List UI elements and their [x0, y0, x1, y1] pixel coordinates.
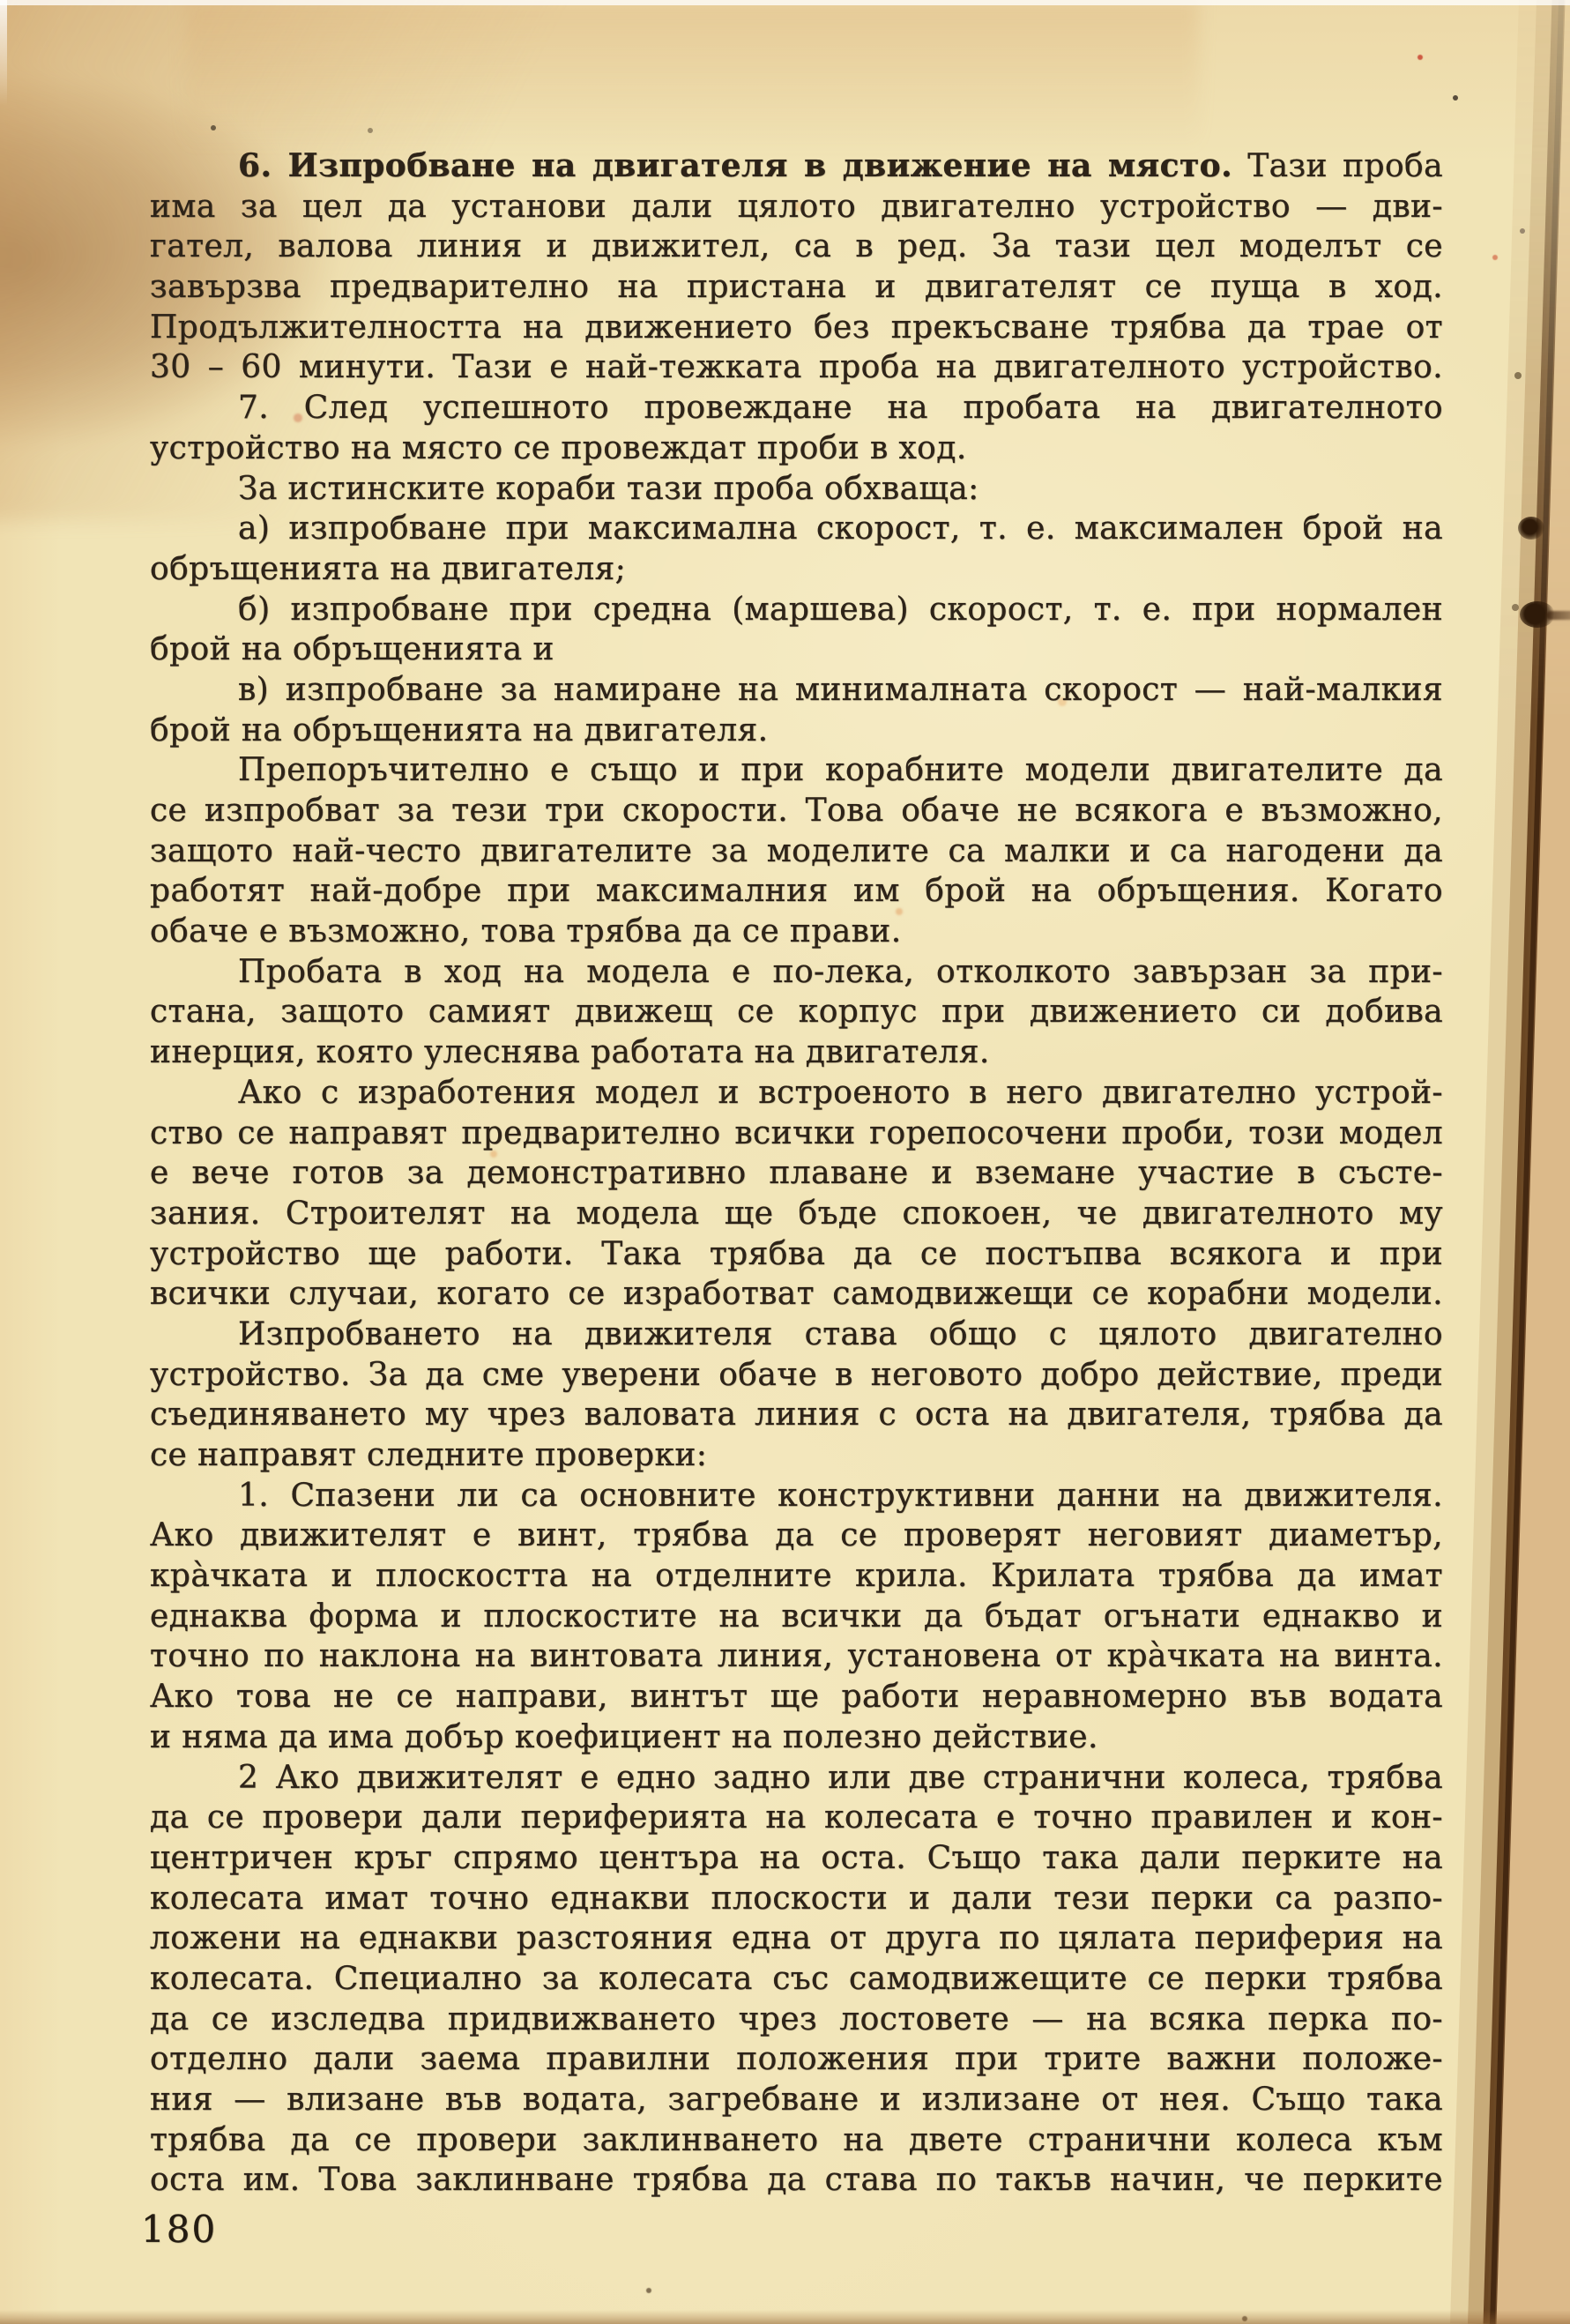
text-line: е вече готов за демонстративно плаване и… — [150, 1153, 1443, 1194]
text-line: работят най-добре при максималния им бро… — [150, 871, 1443, 912]
text-line: Продължителността на движението без прек… — [150, 308, 1443, 348]
text-segment: зания. Строителят на модела ще бъде спок… — [150, 1196, 1443, 1232]
text-line: обръщенията на двигателя; — [150, 549, 1443, 590]
text-segment: Тази проба — [1232, 148, 1443, 184]
text-line: Изпробването на движителя става общо с ц… — [150, 1315, 1443, 1355]
text-segment: се изпробват за тези три скорости. Това … — [150, 793, 1443, 829]
text-line: еднаква форма и плоскостите на всички да… — [150, 1597, 1443, 1637]
text-segment: 2 Ако движителят е едно задно или две ст… — [238, 1760, 1443, 1796]
text-line: ния — влизане във водата, загребване и и… — [150, 2080, 1443, 2120]
text-line: зания. Строителят на модела ще бъде спок… — [150, 1194, 1443, 1234]
text-line: Ако това не се направи, винтът ще работи… — [150, 1677, 1443, 1717]
text-segment: Ако това не се направи, винтът ще работи… — [150, 1679, 1443, 1715]
text-segment: гател, валова линия и движител, са в ред… — [150, 228, 1443, 264]
text-line: центричен кръг спрямо центъра на оста. С… — [150, 1838, 1443, 1879]
text-line: колесата имат точно еднакви плоскости и … — [150, 1879, 1443, 1919]
text-segment: Изпробването на движителя става общо с ц… — [238, 1316, 1443, 1352]
text-segment: стана, защото самият движещ се корпус пр… — [150, 994, 1443, 1030]
text-segment: точно по наклона на винтовата линия, уст… — [150, 1638, 1443, 1674]
scan-edge-top — [0, 0, 1570, 5]
text-line: защото най-често двигателите за моделите… — [150, 831, 1443, 872]
text-line: Препоръчително е също и при корабните мо… — [150, 750, 1443, 791]
wormhole-lower — [1520, 601, 1555, 628]
wormhole-upper — [1518, 517, 1544, 540]
text-segment: обръщенията на двигателя; — [150, 551, 626, 587]
text-segment: 30 – 60 минути. Тази е най-тежката проба… — [150, 349, 1443, 385]
text-segment: ство се направят предварително всички го… — [150, 1115, 1443, 1151]
text-line: има за цел да установи дали цялото двига… — [150, 187, 1443, 227]
page-number: 180 — [141, 2208, 217, 2251]
text-line: в) изпробване за намиране на минималната… — [150, 670, 1443, 711]
text-line: б) изпробване при средна (маршева) скоро… — [150, 590, 1443, 630]
text-line: устройство на място се провеждат проби в… — [150, 428, 1443, 469]
text-line: колесата. Специално за колесата със само… — [150, 1959, 1443, 2000]
text-segment: ния — влизане във водата, загребване и и… — [150, 2082, 1443, 2118]
text-line: ство се направят предварително всички го… — [150, 1114, 1443, 1154]
page-bottom-edge-shadow — [0, 2310, 1570, 2324]
text-line: 7. След успешното провеждане на пробата … — [150, 388, 1443, 428]
text-line: гател, валова линия и движител, са в ред… — [150, 227, 1443, 267]
text-line: Пробата в ход на модела е по-лека, откол… — [150, 952, 1443, 993]
text-segment: колесата. Специално за колесата със само… — [150, 1961, 1443, 1997]
text-segment: да се провери дали периферията на колеса… — [150, 1799, 1443, 1836]
text-segment: работят най-добре при максималния им бро… — [150, 873, 1443, 909]
text-line: всички случаи, когато се изработват само… — [150, 1274, 1443, 1315]
text-line: 2 Ако движителят е едно задно или две ст… — [150, 1758, 1443, 1799]
text-segment: 1. Спазени ли са основните конструктивни… — [238, 1478, 1443, 1514]
text-line: устройство ще работи. Така трябва да се … — [150, 1234, 1443, 1275]
text-line: брой на обръщенията и — [150, 629, 1443, 670]
text-line: трябва да се провери заклинването на две… — [150, 2120, 1443, 2161]
text-segment: Ако движителят е винт, трябва да се пров… — [150, 1517, 1443, 1553]
text-line: 6. Изпробване на двигателя в движение на… — [150, 146, 1443, 187]
text-segment: Препоръчително е също и при корабните мо… — [238, 752, 1443, 788]
text-segment: обаче е възможно, това трябва да се прав… — [150, 913, 902, 950]
text-segment: трябва да се провери заклинването на две… — [150, 2122, 1443, 2158]
text-line: се изпробват за тези три скорости. Това … — [150, 791, 1443, 831]
text-line: а) изпробване при максимална скорост, т.… — [150, 509, 1443, 549]
text-segment: б) изпробване при средна (маршева) скоро… — [238, 592, 1443, 628]
text-line: 30 – 60 минути. Тази е най-тежката проба… — [150, 347, 1443, 388]
text-segment: еднаква форма и плоскостите на всички да… — [150, 1598, 1443, 1635]
text-segment: има за цел да установи дали цялото двига… — [150, 189, 1443, 225]
text-line: брой на обръщенията на двигателя. — [150, 711, 1443, 751]
text-segment: защото най-често двигателите за моделите… — [150, 833, 1443, 869]
text-segment: съединяването му чрез валовата линия с о… — [150, 1397, 1443, 1433]
text-line: устройство. За да сме уверени обаче в не… — [150, 1355, 1443, 1396]
text-segment: устройство на място се провеждат проби в… — [150, 430, 967, 466]
text-segment: кра̀чката и плоскостта на отделните крил… — [150, 1558, 1443, 1594]
text-segment: оста им. Това заклинване трябва да става… — [150, 2162, 1443, 2198]
text-segment: е вече готов за демонстративно плаване и… — [150, 1155, 1443, 1191]
text-line: За истинските кораби тази проба обхваща: — [150, 469, 1443, 510]
text-segment: Пробата в ход на модела е по-лека, откол… — [238, 954, 1443, 990]
text-line: съединяването му чрез валовата линия с о… — [150, 1395, 1443, 1435]
text-segment: завързва предварително на пристана и дви… — [150, 269, 1443, 305]
text-line: точно по наклона на винтовата линия, уст… — [150, 1636, 1443, 1677]
text-line: Ако с изработения модел и встроеното в н… — [150, 1073, 1443, 1114]
text-segment: колесата имат точно еднакви плоскости и … — [150, 1881, 1443, 1917]
text-segment: брой на обръщенията и — [150, 631, 554, 667]
text-segment: брой на обръщенията на двигателя. — [150, 712, 768, 749]
text-segment: а) изпробване при максимална скорост, т.… — [238, 510, 1443, 547]
text-line: 1. Спазени ли са основните конструктивни… — [150, 1476, 1443, 1516]
text-segment: в) изпробване за намиране на минималната… — [238, 672, 1443, 708]
text-line: оста им. Това заклинване трябва да става… — [150, 2160, 1443, 2201]
text-segment: и няма да има добър коефициент на полезн… — [150, 1719, 1098, 1755]
text-line: кра̀чката и плоскостта на отделните крил… — [150, 1556, 1443, 1597]
text-line: да се изследва придвижването чрез лостов… — [150, 2000, 1443, 2040]
bold-lead-phrase: 6. Изпробване на двигателя в движение на… — [238, 147, 1232, 184]
text-segment: Продължителността на движението без прек… — [150, 309, 1443, 346]
scanned-book-page: { "colors": { "paper": "#f1e4b6", "ink":… — [0, 0, 1570, 2324]
text-segment: центричен кръг спрямо центъра на оста. С… — [150, 1840, 1443, 1876]
text-segment: 7. След успешното провеждане на пробата … — [238, 390, 1443, 426]
text-segment: отделно дали заема правилни положения пр… — [150, 2041, 1443, 2077]
text-segment: устройство ще работи. Така трябва да се … — [150, 1236, 1443, 1272]
text-segment: ложени на еднакви разстояния една от дру… — [150, 1920, 1443, 1956]
scan-edge-left — [0, 0, 7, 106]
text-segment: се направят следните проверки: — [150, 1437, 707, 1473]
text-line: ложени на еднакви разстояния една от дру… — [150, 1918, 1443, 1959]
text-line: инерция, която улеснява работата на двиг… — [150, 1032, 1443, 1073]
text-segment: устройство. За да сме уверени обаче в не… — [150, 1357, 1443, 1393]
text-line: обаче е възможно, това трябва да се прав… — [150, 912, 1443, 952]
text-block: 6. Изпробване на двигателя в движение на… — [150, 146, 1443, 2201]
text-line: да се провери дали периферията на колеса… — [150, 1798, 1443, 1838]
text-segment: Ако с изработения модел и встроеното в н… — [238, 1075, 1443, 1111]
text-segment: всички случаи, когато се изработват само… — [150, 1276, 1443, 1312]
text-line: завързва предварително на пристана и дви… — [150, 267, 1443, 308]
text-line: Ако движителят е винт, трябва да се пров… — [150, 1516, 1443, 1556]
text-line: отделно дали заема правилни положения пр… — [150, 2039, 1443, 2080]
text-line: се направят следните проверки: — [150, 1435, 1443, 1476]
text-line: и няма да има добър коефициент на полезн… — [150, 1717, 1443, 1758]
text-segment: инерция, която улеснява работата на двиг… — [150, 1034, 990, 1070]
text-line: стана, защото самият движещ се корпус пр… — [150, 992, 1443, 1032]
text-segment: да се изследва придвижването чрез лостов… — [150, 2001, 1443, 2037]
text-segment: За истинските кораби тази проба обхваща: — [238, 471, 979, 507]
